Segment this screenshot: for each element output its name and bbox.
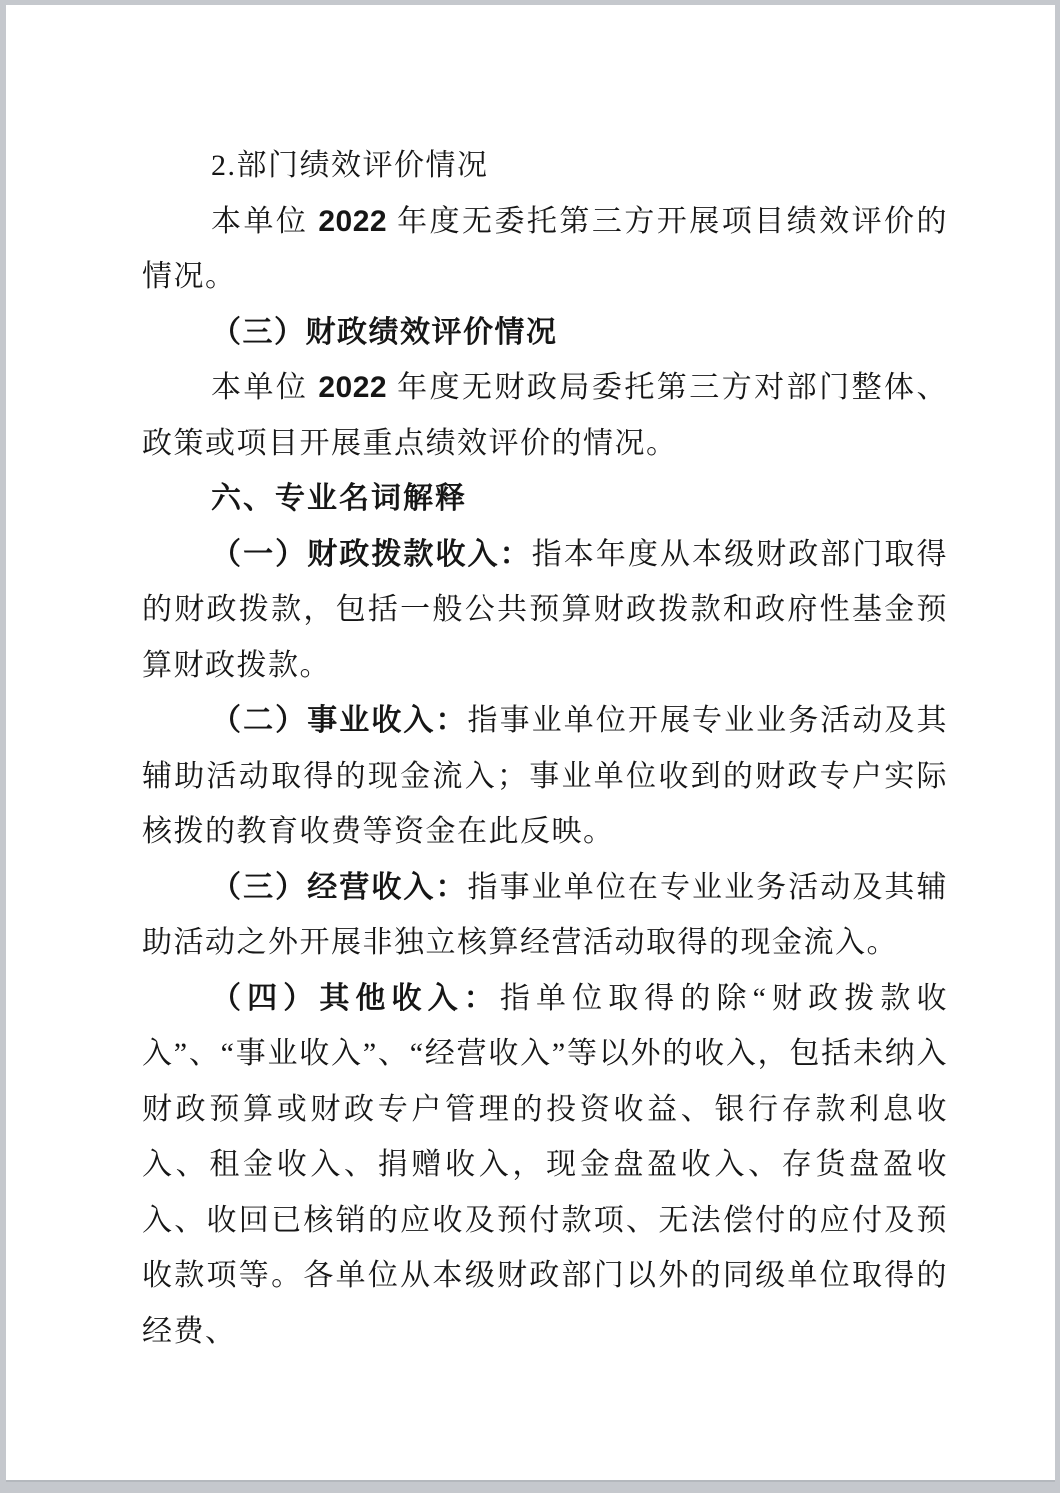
term-title: （三）经营收入： [211, 871, 468, 904]
paragraph-term-business-income: （三）经营收入：指事业单位在专业业务活动及其辅助活动之外开展非独立核算经营活动取… [142, 860, 948, 971]
paragraph-dept-performance-eval-title: 2.部门绩效评价情况 [142, 138, 948, 194]
viewer-background: { "page": { "frame_color": "#c5c8cd", "p… [0, 0, 1060, 1493]
paragraph-term-other-income: （四）其他收入：指单位取得的除“财政拨款收入”、“事业收入”、“经营收入”等以外… [142, 971, 948, 1360]
term-title: （二）事业收入： [211, 704, 468, 737]
subheading-fiscal-performance-eval: （三）财政绩效评价情况 [142, 305, 948, 361]
term-definition: 指单位取得的除“财政拨款收入”、“事业收入”、“经营收入”等以外的收入，包括未纳… [142, 982, 948, 1348]
year-value: 2022 [318, 371, 387, 404]
term-title: （一）财政拨款收入： [211, 538, 532, 571]
paragraph-term-operating-income-public: （二）事业收入：指事业单位开展专业业务活动及其辅助活动取得的现金流入；事业单位收… [142, 693, 948, 860]
term-title: （四）其他收入： [211, 982, 500, 1015]
paragraph-fiscal-performance-eval-body: 本单位 2022 年度无财政局委托第三方对部门整体、政策或项目开展重点绩效评价的… [142, 360, 948, 471]
year-value: 2022 [318, 205, 387, 238]
paragraph-dept-performance-eval-body: 本单位 2022 年度无委托第三方开展项目绩效评价的情况。 [142, 194, 948, 305]
paragraph-term-fiscal-appropriation-income: （一）财政拨款收入：指本年度从本级财政部门取得的财政拨款，包括一般公共预算财政拨… [142, 527, 948, 694]
text-run: 本单位 [211, 205, 318, 238]
text-run: 本单位 [211, 371, 318, 404]
heading-terminology-section: 六、专业名词解释 [142, 471, 948, 527]
document-page: 2.部门绩效评价情况 本单位 2022 年度无委托第三方开展项目绩效评价的情况。… [6, 5, 1055, 1482]
document-content: 2.部门绩效评价情况 本单位 2022 年度无委托第三方开展项目绩效评价的情况。… [142, 138, 948, 1359]
